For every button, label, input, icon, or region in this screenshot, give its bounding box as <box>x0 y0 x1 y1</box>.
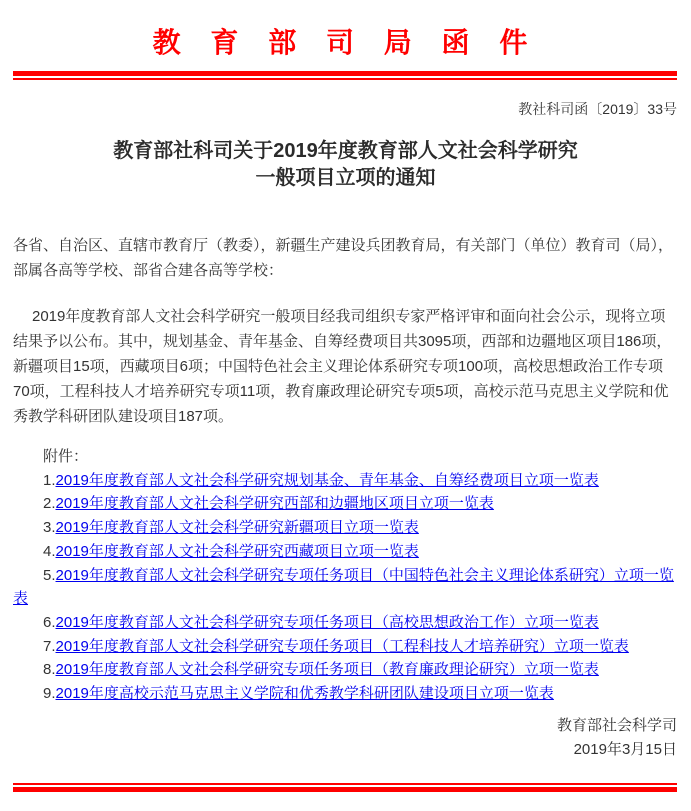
attachment-item: 2.2019年度教育部人文社会科学研究西部和边疆地区项目立项一览表 <box>13 492 677 516</box>
attachment-link-5[interactable]: 2019年度教育部人文社会科学研究专项任务项目（中国特色社会主义理论体系研究）立… <box>13 567 674 608</box>
attachment-link-2[interactable]: 2019年度教育部人文社会科学研究西部和边疆地区项目立项一览表 <box>56 495 494 512</box>
signature-block: 教育部社会科学司 2019年3月15日 <box>0 714 677 762</box>
attachment-number: 2. <box>43 495 56 512</box>
attachment-link-7[interactable]: 2019年度教育部人文社会科学研究专项任务项目（工程科技人才培养研究）立项一览表 <box>56 638 629 655</box>
attachment-link-4[interactable]: 2019年度教育部人文社会科学研究西藏项目立项一览表 <box>56 543 419 560</box>
notice-title: 教育部社科司关于2019年度教育部人文社会科学研究 一般项目立项的通知 <box>10 138 681 192</box>
bottom-divider <box>13 783 677 792</box>
attachment-number: 3. <box>43 519 56 536</box>
attachment-number: 7. <box>43 638 56 655</box>
attachment-item: 7.2019年度教育部人文社会科学研究专项任务项目（工程科技人才培养研究）立项一… <box>13 635 677 659</box>
attachment-item: 5.2019年度教育部人文社会科学研究专项任务项目（中国特色社会主义理论体系研究… <box>13 564 677 611</box>
attachment-link-1[interactable]: 2019年度教育部人文社会科学研究规划基金、青年基金、自筹经费项目立项一览表 <box>56 472 599 489</box>
attachment-link-6[interactable]: 2019年度教育部人文社会科学研究专项任务项目（高校思想政治工作）立项一览表 <box>56 614 599 631</box>
attachment-item: 3.2019年度教育部人文社会科学研究新疆项目立项一览表 <box>13 516 677 540</box>
doc-number: 教社科司函〔2019〕33号 <box>0 101 677 118</box>
notice-title-line1: 教育部社科司关于2019年度教育部人文社会科学研究 <box>10 138 681 165</box>
attachment-link-8[interactable]: 2019年度教育部人文社会科学研究专项任务项目（教育廉政理论研究）立项一览表 <box>56 661 599 678</box>
attachment-item: 6.2019年度教育部人文社会科学研究专项任务项目（高校思想政治工作）立项一览表 <box>13 611 677 635</box>
document-page: 教 育 部 司 局 函 件 教社科司函〔2019〕33号 教育部社科司关于201… <box>0 0 691 811</box>
salutation: 各省、自治区、直辖市教育厅（教委），新疆生产建设兵团教育局，有关部门（单位）教育… <box>13 233 677 283</box>
attachment-item: 8.2019年度教育部人文社会科学研究专项任务项目（教育廉政理论研究）立项一览表 <box>13 658 677 682</box>
attachment-link-3[interactable]: 2019年度教育部人文社会科学研究新疆项目立项一览表 <box>56 519 419 536</box>
attachments-list: 1.2019年度教育部人文社会科学研究规划基金、青年基金、自筹经费项目立项一览表… <box>13 469 677 706</box>
body-paragraph: 2019年度教育部人文社会科学研究一般项目经我司组织专家严格评审和面向社会公示，… <box>13 304 677 429</box>
signature-org: 教育部社会科学司 <box>0 714 677 738</box>
attachment-number: 4. <box>43 543 56 560</box>
attachment-number: 8. <box>43 661 56 678</box>
attachment-link-9[interactable]: 2019年度高校示范马克思主义学院和优秀教学科研团队建设项目立项一览表 <box>56 685 554 702</box>
attachment-number: 5. <box>43 567 56 584</box>
attachment-item: 4.2019年度教育部人文社会科学研究西藏项目立项一览表 <box>13 540 677 564</box>
attachments-label: 附件： <box>13 445 677 469</box>
top-divider <box>13 71 677 80</box>
attachment-item: 1.2019年度教育部人文社会科学研究规划基金、青年基金、自筹经费项目立项一览表 <box>13 469 677 493</box>
notice-title-line2: 一般项目立项的通知 <box>10 165 681 192</box>
attachment-number: 6. <box>43 614 56 631</box>
attachment-number: 9. <box>43 685 56 702</box>
attachment-number: 1. <box>43 472 56 489</box>
masthead-title: 教 育 部 司 局 函 件 <box>0 0 691 62</box>
signature-date: 2019年3月15日 <box>0 738 677 762</box>
attachment-item: 9.2019年度高校示范马克思主义学院和优秀教学科研团队建设项目立项一览表 <box>13 682 677 706</box>
